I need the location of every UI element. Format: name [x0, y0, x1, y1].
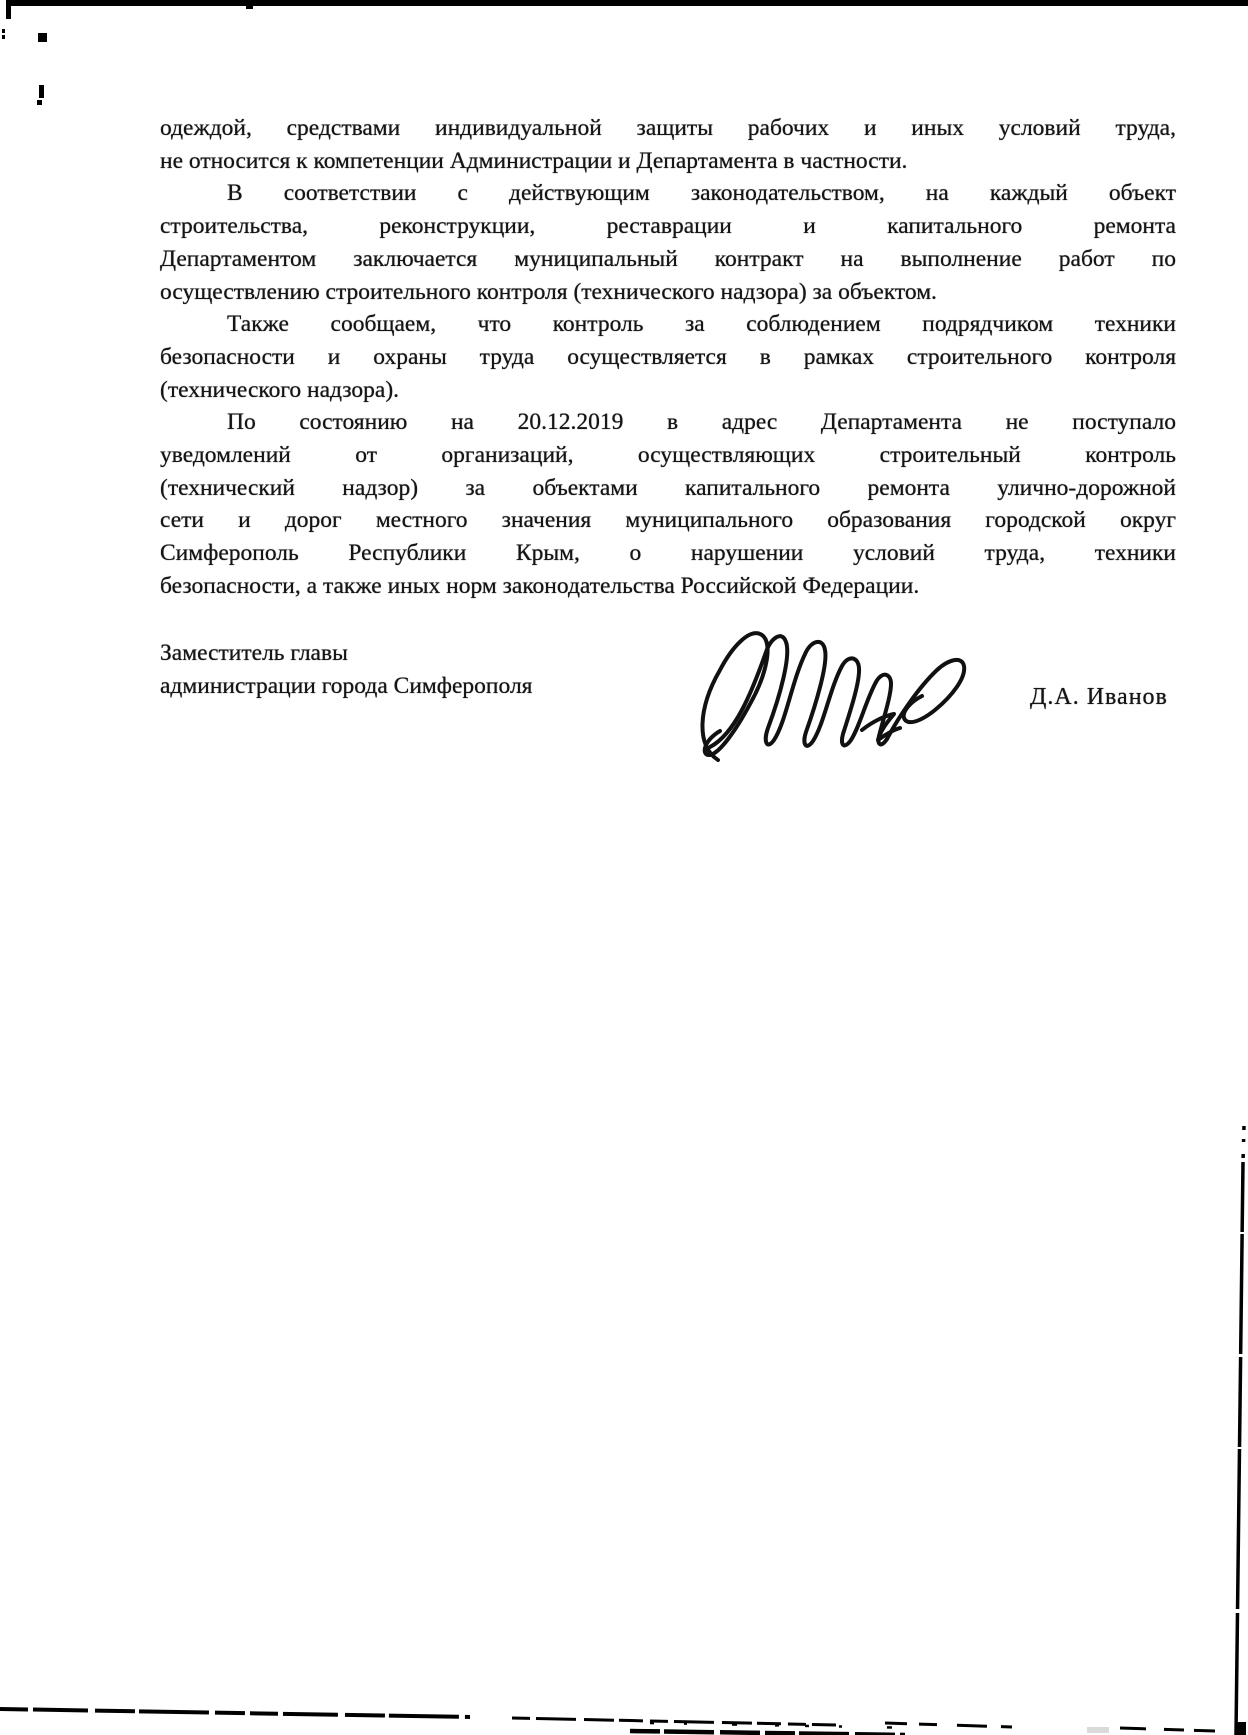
document-line: Департаментом заключается муниципальный …	[160, 243, 1176, 276]
scan-artifact-mark	[39, 85, 44, 98]
document-line: (технического надзора).	[160, 374, 1176, 407]
document-line: не относится к компетенции Администрации…	[160, 145, 1176, 178]
document-line: безопасности, а также иных норм законода…	[160, 570, 1176, 603]
document-line: Также сообщаем, что контроль за соблюден…	[160, 308, 1176, 341]
scan-artifact-right-line-top	[1243, 1126, 1244, 1162]
scan-artifact-blob	[38, 33, 47, 42]
scan-artifact-bottom-dash-2	[512, 1718, 836, 1725]
scan-artifact-dot	[2, 35, 5, 39]
scan-artifact-top-tick	[246, 5, 253, 9]
scan-artifact-top-bar	[6, 0, 1248, 6]
document-line: безопасности и охраны труда осуществляет…	[160, 341, 1176, 374]
scan-artifact-smudge	[1087, 1727, 1109, 1733]
scan-artifact-bottom-dash-4	[1120, 1728, 1215, 1731]
signatory-role-line2: администрации города Симферополя	[160, 670, 532, 703]
signatory-name: Д.А. Иванов	[1030, 684, 1168, 711]
scan-artifact-mark-dot	[37, 100, 42, 105]
signature-scribble	[640, 612, 980, 772]
scan-artifact-bottom-specks	[650, 1723, 920, 1728]
document-line: осуществлению строительного контроля (те…	[160, 276, 1176, 309]
scan-artifact-top-hook	[6, 0, 11, 19]
scan-artifact-corner-blob	[1236, 1722, 1246, 1735]
scan-artifact-bottom-dash-1	[0, 1709, 470, 1717]
document-line: уведомлений от организаций, осуществляющ…	[160, 439, 1176, 472]
scan-artifact-bottom-dash-3	[885, 1723, 1012, 1727]
document-line: (технический надзор) за объектами капита…	[160, 472, 1176, 505]
scan-artifact-bottom-dash-5	[630, 1731, 905, 1735]
scanned-letter-page: одеждой, средствами индивидуальной защит…	[0, 0, 1248, 1735]
document-body: одеждой, средствами индивидуальной защит…	[160, 112, 1176, 603]
document-line: сети и дорог местного значения муниципал…	[160, 504, 1176, 537]
document-line: одеждой, средствами индивидуальной защит…	[160, 112, 1176, 145]
signatory-role: Заместитель главы администрации города С…	[160, 637, 532, 703]
scan-artifact-right-line	[1236, 1162, 1243, 1735]
signatory-role-line1: Заместитель главы	[160, 637, 532, 670]
document-line: В соответствии с действующим законодател…	[160, 177, 1176, 210]
scan-artifact-dot	[2, 29, 5, 33]
document-line: По состоянию на 20.12.2019 в адрес Депар…	[160, 406, 1176, 439]
document-line: Симферополь Республики Крым, о нарушении…	[160, 537, 1176, 570]
document-line: строительства, реконструкции, реставраци…	[160, 210, 1176, 243]
